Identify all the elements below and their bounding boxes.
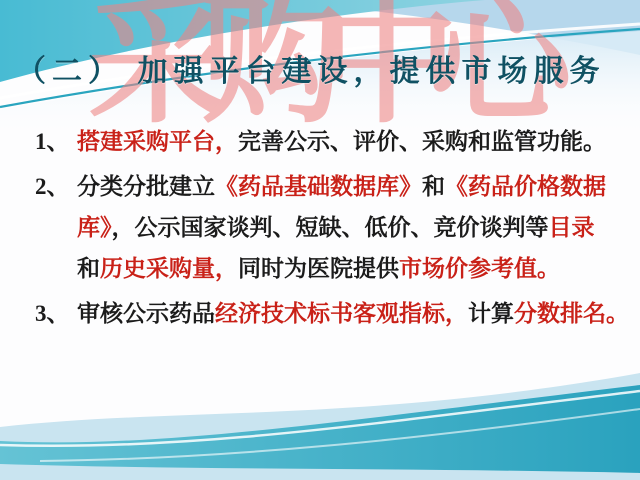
slide-body: 1、 搭建采购平台，完善公示、评价、采购和监管功能。 2、 分类分批建立《药品基…: [35, 121, 640, 338]
text-run: 《药品基础数据库》: [215, 174, 422, 199]
text-run: 计算: [468, 301, 514, 326]
text-run: 目录: [549, 215, 595, 240]
text-run: 和: [422, 174, 445, 199]
list-item-1: 1、 搭建采购平台，完善公示、评价、采购和监管功能。: [35, 121, 640, 162]
item-number: 2、: [35, 166, 70, 207]
text-run: 历史采购量，: [100, 256, 238, 281]
text-run: 完善公示、评价、采购和监管功能。: [238, 129, 606, 154]
item-line: 库》，公示国家谈判、短缺、低价、竞价谈判等目录: [77, 207, 640, 248]
item-line: 分类分批建立《药品基础数据库》和《药品价格数据: [77, 166, 640, 207]
text-run: 市场价参考值。: [399, 256, 560, 281]
presentation-slide: 采购中心 （二） 加强平台建设，提供市场服务 1、 搭建采购平台，完善公示、评价…: [0, 0, 640, 480]
list-item-3: 3、 审核公示药品经济技术标书客观指标，计算分数排名。: [35, 293, 640, 334]
text-run: 库》: [77, 215, 112, 240]
item-line: 和历史采购量，同时为医院提供市场价参考值。: [77, 248, 640, 289]
item-line: 搭建采购平台，完善公示、评价、采购和监管功能。: [77, 121, 640, 162]
text-run: 分类分批建立: [77, 174, 215, 199]
item-line: 审核公示药品经济技术标书客观指标，计算分数排名。: [77, 293, 640, 334]
bottom-wave-graphic: [0, 365, 640, 480]
text-run: 经济技术标书客观指标，: [215, 301, 468, 326]
text-run: 审核公示药品: [77, 301, 215, 326]
text-run: 同时为医院提供: [238, 256, 399, 281]
text-run: 搭建采购平台，: [77, 129, 238, 154]
item-number: 1、: [35, 121, 70, 162]
slide-title: （二） 加强平台建设，提供市场服务: [16, 46, 606, 90]
item-number: 3、: [35, 293, 70, 334]
text-run: ，公示国家谈判、短缺、低价、竞价谈判等: [112, 215, 549, 240]
text-run: 分数排名。: [514, 301, 629, 326]
list-item-2: 2、 分类分批建立《药品基础数据库》和《药品价格数据 库》，公示国家谈判、短缺、…: [35, 166, 640, 289]
text-run: 《药品价格数据: [445, 174, 606, 199]
text-run: 和: [77, 256, 100, 281]
